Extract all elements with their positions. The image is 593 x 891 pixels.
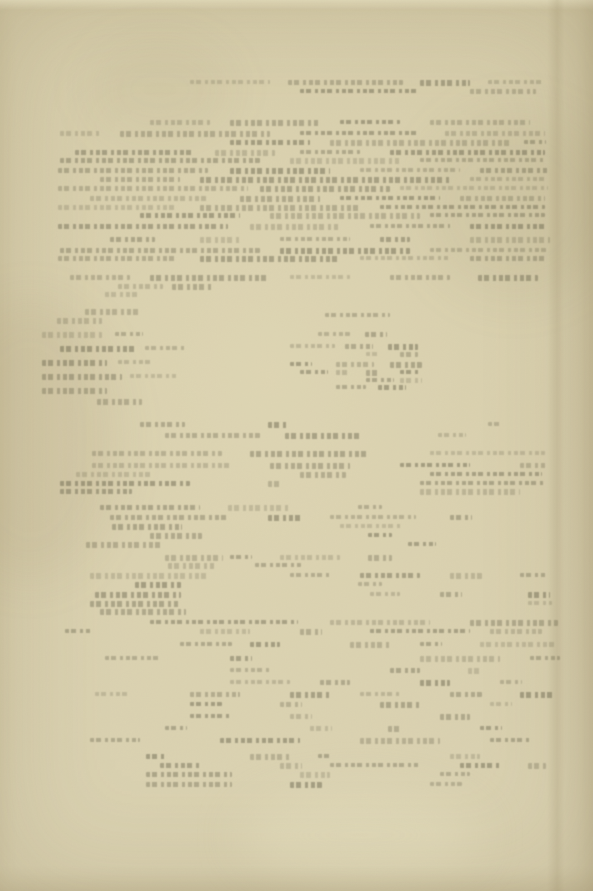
faded-text-fragment xyxy=(290,158,400,164)
faded-text-fragment xyxy=(488,422,503,426)
faded-text-fragment xyxy=(160,763,202,768)
faded-text-fragment xyxy=(230,120,320,126)
faded-text-fragment xyxy=(400,352,418,357)
faded-block-list-left-column xyxy=(0,0,593,891)
faded-text-fragment xyxy=(285,433,360,439)
faded-text-fragment xyxy=(290,573,332,577)
faded-text-fragment xyxy=(76,472,152,477)
faded-block-list-right-column xyxy=(0,0,593,891)
faded-text-fragment xyxy=(58,205,178,210)
faded-text-fragment xyxy=(146,772,232,777)
faded-text-fragment xyxy=(430,120,530,125)
faded-text-fragment xyxy=(300,89,418,93)
faded-text-fragment xyxy=(380,205,545,209)
faded-text-fragment xyxy=(150,120,210,125)
faded-text-fragment xyxy=(270,213,420,219)
faded-text-fragment xyxy=(340,120,400,124)
faded-text-fragment xyxy=(230,656,252,661)
faded-text-fragment xyxy=(100,177,180,182)
faded-text-fragment xyxy=(490,629,542,634)
faded-text-fragment xyxy=(490,738,532,742)
faded-text-fragment xyxy=(470,89,536,94)
faded-text-fragment xyxy=(75,150,195,155)
faded-text-fragment xyxy=(290,782,322,788)
faded-text-fragment xyxy=(118,284,163,289)
faded-text-fragment xyxy=(380,702,420,708)
faded-text-fragment xyxy=(135,582,181,588)
faded-text-fragment xyxy=(92,463,232,468)
faded-text-fragment xyxy=(60,489,132,494)
faded-text-fragment xyxy=(230,140,310,145)
faded-text-fragment xyxy=(60,346,135,352)
faded-text-fragment xyxy=(336,362,374,367)
faded-text-fragment xyxy=(200,256,340,262)
faded-text-fragment xyxy=(60,158,260,163)
faded-text-fragment xyxy=(215,150,275,156)
faded-text-fragment xyxy=(478,275,538,281)
faded-text-fragment xyxy=(60,481,190,486)
faded-text-fragment xyxy=(470,237,550,243)
faded-text-fragment xyxy=(140,422,185,427)
faded-text-fragment xyxy=(42,332,102,338)
faded-text-fragment xyxy=(130,374,178,378)
faded-text-fragment xyxy=(378,385,406,390)
faded-text-fragment xyxy=(358,505,382,509)
faded-text-fragment xyxy=(250,224,340,230)
faded-text-fragment xyxy=(97,399,142,405)
faded-text-fragment xyxy=(250,642,280,647)
faded-text-fragment xyxy=(360,692,400,696)
faded-block-paragraph-3 xyxy=(0,0,593,891)
faded-text-fragment xyxy=(190,702,222,706)
faded-text-fragment xyxy=(230,168,330,174)
faded-text-fragment xyxy=(228,505,290,511)
faded-text-area xyxy=(0,0,593,891)
faded-text-fragment xyxy=(488,80,543,84)
faded-text-fragment xyxy=(115,332,143,336)
faded-text-fragment xyxy=(172,284,212,290)
faded-text-fragment xyxy=(165,433,260,438)
faded-text-fragment xyxy=(366,370,378,376)
faded-text-fragment xyxy=(460,196,545,201)
faded-text-fragment xyxy=(336,385,366,389)
faded-text-fragment xyxy=(58,186,248,191)
faded-text-fragment xyxy=(528,763,546,769)
faded-text-fragment xyxy=(468,668,482,674)
faded-text-fragment xyxy=(118,360,153,364)
faded-text-fragment xyxy=(86,542,162,548)
faded-text-fragment xyxy=(520,692,556,698)
faded-text-fragment xyxy=(290,344,335,348)
faded-text-fragment xyxy=(520,463,546,468)
faded-text-fragment xyxy=(65,629,91,633)
faded-text-fragment xyxy=(366,378,394,382)
faded-text-fragment xyxy=(200,629,250,634)
faded-text-fragment xyxy=(380,237,410,242)
faded-text-fragment xyxy=(58,256,178,261)
faded-text-fragment xyxy=(340,524,402,528)
faded-text-fragment xyxy=(100,505,200,510)
faded-block-closing-lines xyxy=(0,0,593,891)
faded-text-fragment xyxy=(260,186,390,192)
faded-text-fragment xyxy=(330,620,430,625)
faded-text-fragment xyxy=(42,388,107,394)
faded-text-fragment xyxy=(165,555,223,561)
faded-text-fragment xyxy=(325,313,390,317)
faded-text-fragment xyxy=(370,224,450,228)
faded-text-fragment xyxy=(250,754,292,760)
faded-text-fragment xyxy=(140,213,240,218)
faded-text-fragment xyxy=(480,642,558,647)
faded-text-fragment xyxy=(120,131,270,137)
faded-text-fragment xyxy=(445,131,545,136)
faded-text-fragment xyxy=(420,80,470,86)
faded-text-fragment xyxy=(528,601,552,605)
faded-text-fragment xyxy=(280,248,410,254)
faded-text-fragment xyxy=(438,433,466,437)
faded-text-fragment xyxy=(300,370,328,374)
faded-text-fragment xyxy=(268,481,282,487)
faded-block-paragraph-4 xyxy=(0,0,593,891)
faded-text-fragment xyxy=(480,726,502,730)
faded-text-fragment xyxy=(90,196,210,201)
faded-text-fragment xyxy=(440,714,470,720)
faded-text-fragment xyxy=(150,275,270,281)
faded-text-fragment xyxy=(168,563,216,569)
faded-text-fragment xyxy=(110,237,155,242)
faded-text-fragment xyxy=(145,346,187,350)
faded-text-fragment xyxy=(190,692,240,697)
faded-text-fragment xyxy=(490,702,512,706)
faded-text-fragment xyxy=(470,224,548,229)
faded-text-fragment xyxy=(280,702,302,707)
faded-text-fragment xyxy=(420,158,545,162)
faded-text-fragment xyxy=(95,692,131,696)
faded-text-fragment xyxy=(360,168,460,172)
faded-text-fragment xyxy=(368,533,392,537)
faded-block-paragraph-1 xyxy=(0,0,593,891)
faded-text-fragment xyxy=(150,620,298,624)
faded-text-fragment xyxy=(330,140,510,146)
faded-text-fragment xyxy=(400,463,470,467)
faded-text-fragment xyxy=(470,256,545,261)
faded-text-fragment xyxy=(440,772,470,776)
faded-text-fragment xyxy=(300,772,330,778)
faded-text-fragment xyxy=(430,782,462,786)
faded-text-fragment xyxy=(530,656,560,660)
faded-block-running-head xyxy=(0,0,593,891)
faded-text-fragment xyxy=(146,754,166,759)
faded-text-fragment xyxy=(420,481,545,485)
faded-text-fragment xyxy=(146,782,232,787)
faded-text-fragment xyxy=(85,309,140,315)
faded-text-fragment xyxy=(360,738,440,744)
faded-text-fragment xyxy=(280,555,340,560)
faded-text-fragment xyxy=(200,205,360,211)
faded-text-fragment xyxy=(200,177,450,183)
faded-text-fragment xyxy=(330,763,420,767)
faded-block-paragraph-2 xyxy=(0,0,593,891)
faded-text-fragment xyxy=(360,256,450,260)
faded-text-fragment xyxy=(450,692,482,697)
faded-text-fragment xyxy=(300,150,360,154)
faded-text-fragment xyxy=(390,150,545,155)
faded-text-fragment xyxy=(420,680,450,686)
faded-text-fragment xyxy=(180,642,232,646)
faded-text-fragment xyxy=(250,451,370,457)
faded-text-fragment xyxy=(390,362,422,368)
faded-text-fragment xyxy=(42,360,107,366)
faded-text-fragment xyxy=(70,275,130,280)
faded-text-fragment xyxy=(366,352,380,356)
faded-text-fragment xyxy=(365,332,387,337)
faded-text-fragment xyxy=(58,168,208,173)
faded-text-fragment xyxy=(150,533,202,539)
faded-text-fragment xyxy=(360,573,420,578)
faded-text-fragment xyxy=(430,248,548,252)
faded-text-fragment xyxy=(90,738,140,742)
faded-text-fragment xyxy=(336,370,348,375)
faded-text-fragment xyxy=(280,763,302,769)
faded-text-fragment xyxy=(388,344,418,350)
faded-text-fragment xyxy=(520,573,546,577)
faded-text-fragment xyxy=(200,237,240,243)
faded-text-fragment xyxy=(524,140,546,144)
faded-text-fragment xyxy=(165,726,187,730)
faded-text-fragment xyxy=(300,472,346,478)
faded-text-fragment xyxy=(288,80,403,85)
faded-text-fragment xyxy=(370,629,470,633)
faded-text-fragment xyxy=(230,555,252,559)
faded-text-fragment xyxy=(358,582,382,586)
faded-text-fragment xyxy=(240,196,320,202)
faded-text-fragment xyxy=(310,726,332,731)
faded-text-fragment xyxy=(430,451,545,455)
faded-text-fragment xyxy=(390,275,450,280)
faded-text-fragment xyxy=(290,692,330,698)
faded-text-fragment xyxy=(430,213,545,217)
faded-text-fragment xyxy=(268,422,288,428)
faded-text-fragment xyxy=(318,332,350,336)
faded-text-fragment xyxy=(460,763,502,768)
faded-text-fragment xyxy=(300,131,420,135)
faded-text-fragment xyxy=(42,374,122,380)
faded-text-fragment xyxy=(320,680,350,685)
faded-text-fragment xyxy=(190,80,270,84)
faded-text-fragment xyxy=(57,318,102,324)
faded-text-fragment xyxy=(58,224,228,229)
faded-text-fragment xyxy=(528,592,550,598)
faded-text-fragment xyxy=(318,754,332,758)
faded-text-fragment xyxy=(105,292,140,297)
faded-text-fragment xyxy=(290,362,312,366)
faded-text-fragment xyxy=(105,656,161,660)
faded-text-fragment xyxy=(92,451,222,456)
faded-text-fragment xyxy=(300,629,322,635)
faded-text-fragment xyxy=(345,344,373,349)
faded-text-fragment xyxy=(368,555,392,561)
faded-text-fragment xyxy=(400,186,548,190)
faded-text-fragment xyxy=(330,515,416,519)
faded-text-fragment xyxy=(290,714,312,719)
faded-text-fragment xyxy=(420,489,520,495)
faded-text-fragment xyxy=(370,592,400,596)
faded-text-fragment xyxy=(280,237,350,241)
faded-text-fragment xyxy=(270,463,350,469)
faded-text-fragment xyxy=(450,573,482,579)
faded-text-fragment xyxy=(430,472,542,476)
faded-text-fragment xyxy=(400,378,422,383)
faded-text-fragment xyxy=(100,609,186,615)
faded-text-fragment xyxy=(60,248,260,253)
faded-text-fragment xyxy=(350,642,392,648)
scanned-page xyxy=(0,0,593,891)
faded-text-fragment xyxy=(480,168,548,173)
faded-text-fragment xyxy=(190,714,230,718)
faded-text-fragment xyxy=(420,642,442,646)
faded-text-fragment xyxy=(112,524,182,530)
faded-text-fragment xyxy=(60,131,100,136)
faded-text-fragment xyxy=(450,515,472,520)
faded-text-fragment xyxy=(500,680,522,684)
faded-text-fragment xyxy=(440,592,462,597)
faded-text-fragment xyxy=(400,370,420,374)
faded-text-fragment xyxy=(230,680,290,684)
faded-text-fragment xyxy=(230,668,272,672)
faded-text-fragment xyxy=(90,601,180,607)
faded-text-fragment xyxy=(340,196,440,200)
faded-text-fragment xyxy=(388,726,402,732)
faded-text-fragment xyxy=(110,515,230,520)
faded-text-fragment xyxy=(470,620,558,626)
faded-text-fragment xyxy=(255,563,301,567)
faded-text-fragment xyxy=(420,656,500,662)
faded-text-fragment xyxy=(470,177,545,181)
faded-text-fragment xyxy=(268,515,302,521)
faded-text-fragment xyxy=(90,573,210,579)
faded-text-fragment xyxy=(390,668,420,673)
faded-text-fragment xyxy=(220,738,300,743)
faded-text-fragment xyxy=(290,275,350,279)
faded-text-fragment xyxy=(95,592,181,598)
faded-text-fragment xyxy=(450,754,480,759)
faded-text-fragment xyxy=(408,542,436,546)
